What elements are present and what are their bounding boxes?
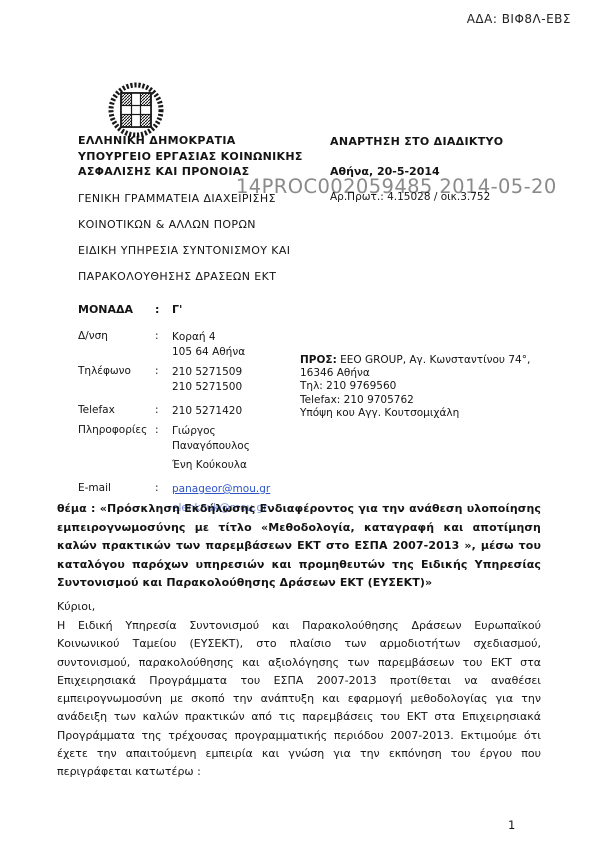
- contact-label: Τηλέφωνο: [78, 365, 155, 395]
- contact-value: 210 5271509: [172, 365, 242, 380]
- body-line: ανάδειξη των καλών πρακτικών από τις παρ…: [57, 708, 541, 726]
- recipient-line: Τηλ: 210 9769560: [300, 380, 578, 393]
- ada-code: ΑΔΑ: ΒΙΦ8Λ-ΕΒΣ: [467, 12, 571, 26]
- contact-separator: :: [155, 330, 172, 360]
- body-line: Προγράμματα της τρέχουσας προγραμματικής…: [57, 727, 541, 745]
- subject-line: εμπειρογνωμοσύνης με τίτλο «Μεθοδολογία,…: [57, 519, 541, 538]
- agency-header-block: ΕΛΛΗΝΙΚΗ ΔΗΜΟΚΡΑΤΙΑ ΥΠΟΥΡΓΕΙΟ ΕΡΓΑΣΙΑΣ Κ…: [78, 133, 338, 290]
- agency-line: ΠΑΡΑΚΟΛΟΥΘΗΣΗΣ ΔΡΑΣΕΩΝ ΕΚΤ: [78, 264, 338, 290]
- contact-label: Telefax: [78, 404, 155, 419]
- body-line: Η Ειδική Υπηρεσία Συντονισμού και Παρακο…: [57, 617, 541, 635]
- contact-row-address: Δ/νση : Κοραή 4 105 64 Αθήνα: [78, 330, 318, 360]
- subject-line: Συντονισμού και Παρακολούθησης Δράσεων Ε…: [57, 574, 541, 593]
- contact-separator: :: [155, 404, 172, 419]
- body-line: Επιχειρησιακά Προγράμματα του ΕΣΠΑ 2007-…: [57, 672, 541, 690]
- body-line: έχετε την απαιτούμενη εμπειρία και γνώση…: [57, 745, 541, 763]
- contact-value: 210 5271500: [172, 380, 242, 395]
- document-page: ΑΔΑ: ΒΙΦ8Λ-ΕΒΣ ΕΛΛΗΝΙΚΗ ΔΗΜΟΚΡΑΤΙΑ ΥΠΟΥΡ…: [0, 0, 595, 842]
- contact-value: Γιώργος: [172, 424, 250, 439]
- contact-details-table: Δ/νση : Κοραή 4 105 64 Αθήνα Τηλέφωνο : …: [78, 330, 318, 521]
- contact-value: Παναγόπουλος: [172, 439, 250, 454]
- subject-line: θέμα : «Πρόσκληση Εκδήλωσης Ενδιαφέροντο…: [57, 500, 541, 519]
- subject-paragraph: θέμα : «Πρόσκληση Εκδήλωσης Ενδιαφέροντο…: [57, 500, 541, 593]
- subject-line: καταλόγου παρόχων υπηρεσιών και προμηθευ…: [57, 556, 541, 575]
- body-line: εμπειρογνωμοσύνη με σκοπό την ανάπτυξη κ…: [57, 690, 541, 708]
- body-line: συντονισμού, παρακολούθησης και αξιολόγη…: [57, 654, 541, 672]
- contact-row-phone: Τηλέφωνο : 210 5271509 210 5271500: [78, 365, 318, 395]
- publish-notice: ΑΝΑΡΤΗΣΗ ΣΤΟ ΔΙΑΔΙΚΤΥΟ: [330, 135, 503, 148]
- contact-value: 210 5271420: [172, 404, 242, 419]
- page-number: 1: [508, 818, 515, 832]
- protocol-number: Αρ.Πρωτ.: 4.15028 / οικ.3.752: [330, 191, 490, 203]
- contact-row-information: Πληροφορίες : Γιώργος Παναγόπουλος Ένη Κ…: [78, 424, 318, 473]
- recipient-line: 16346 Αθήνα: [300, 367, 578, 380]
- contact-separator: :: [155, 424, 172, 473]
- contact-separator: :: [155, 365, 172, 395]
- body-line: περιγράφεται κατωτέρω :: [57, 763, 541, 781]
- salutation: Κύριοι,: [57, 600, 95, 613]
- contact-value: 105 64 Αθήνα: [172, 345, 245, 360]
- recipient-block: ΠΡΟΣ: EEO GROUP, Αγ. Κωνσταντίνου 74°, 1…: [300, 354, 578, 420]
- unit-separator: :: [155, 303, 172, 316]
- recipient-line: Telefax: 210 9705762: [300, 394, 578, 407]
- contact-label: Δ/νση: [78, 330, 155, 360]
- contact-value: Ένη Κούκουλα: [172, 458, 250, 473]
- recipient-name: EEO GROUP, Αγ. Κωνσταντίνου 74°,: [337, 354, 531, 366]
- unit-label: ΜΟΝΑΔΑ: [78, 303, 155, 316]
- body-line: Κοινωνικού Ταμείου (ΕΥΣΕΚΤ), στο πλαίσιο…: [57, 635, 541, 653]
- agency-line: ΚΟΙΝΟΤΙΚΩΝ & ΑΛΛΩΝ ΠΟΡΩΝ: [78, 212, 338, 238]
- agency-line: ΕΙΔΙΚΗ ΥΠΗΡΕΣΙΑ ΣΥΝΤΟΝΙΣΜΟΥ ΚΑΙ: [78, 238, 338, 264]
- subject-line: καλών πρακτικών των παρεμβάσεων ΕΚΤ στο …: [57, 537, 541, 556]
- unit-value: Γ': [172, 303, 182, 316]
- contact-label: Πληροφορίες: [78, 424, 155, 473]
- email-link-primary[interactable]: panageor@mou.gr: [172, 483, 270, 495]
- recipient-line: Υπόψη κου Αγγ. Κουτσομιχάλη: [300, 407, 578, 420]
- agency-line: ΕΛΛΗΝΙΚΗ ΔΗΜΟΚΡΑΤΙΑ: [78, 133, 338, 149]
- body-paragraph: Η Ειδική Υπηρεσία Συντονισμού και Παρακο…: [57, 617, 541, 782]
- unit-row: ΜΟΝΑΔΑ : Γ': [78, 303, 338, 316]
- contact-value: Κοραή 4: [172, 330, 245, 345]
- contact-row-fax: Telefax : 210 5271420: [78, 404, 318, 419]
- agency-line: ΥΠΟΥΡΓΕΙΟ ΕΡΓΑΣΙΑΣ ΚΟΙΝΩΝΙΚΗΣ: [78, 149, 338, 165]
- recipient-line: ΠΡΟΣ: EEO GROUP, Αγ. Κωνσταντίνου 74°,: [300, 354, 578, 367]
- recipient-heading: ΠΡΟΣ:: [300, 354, 337, 366]
